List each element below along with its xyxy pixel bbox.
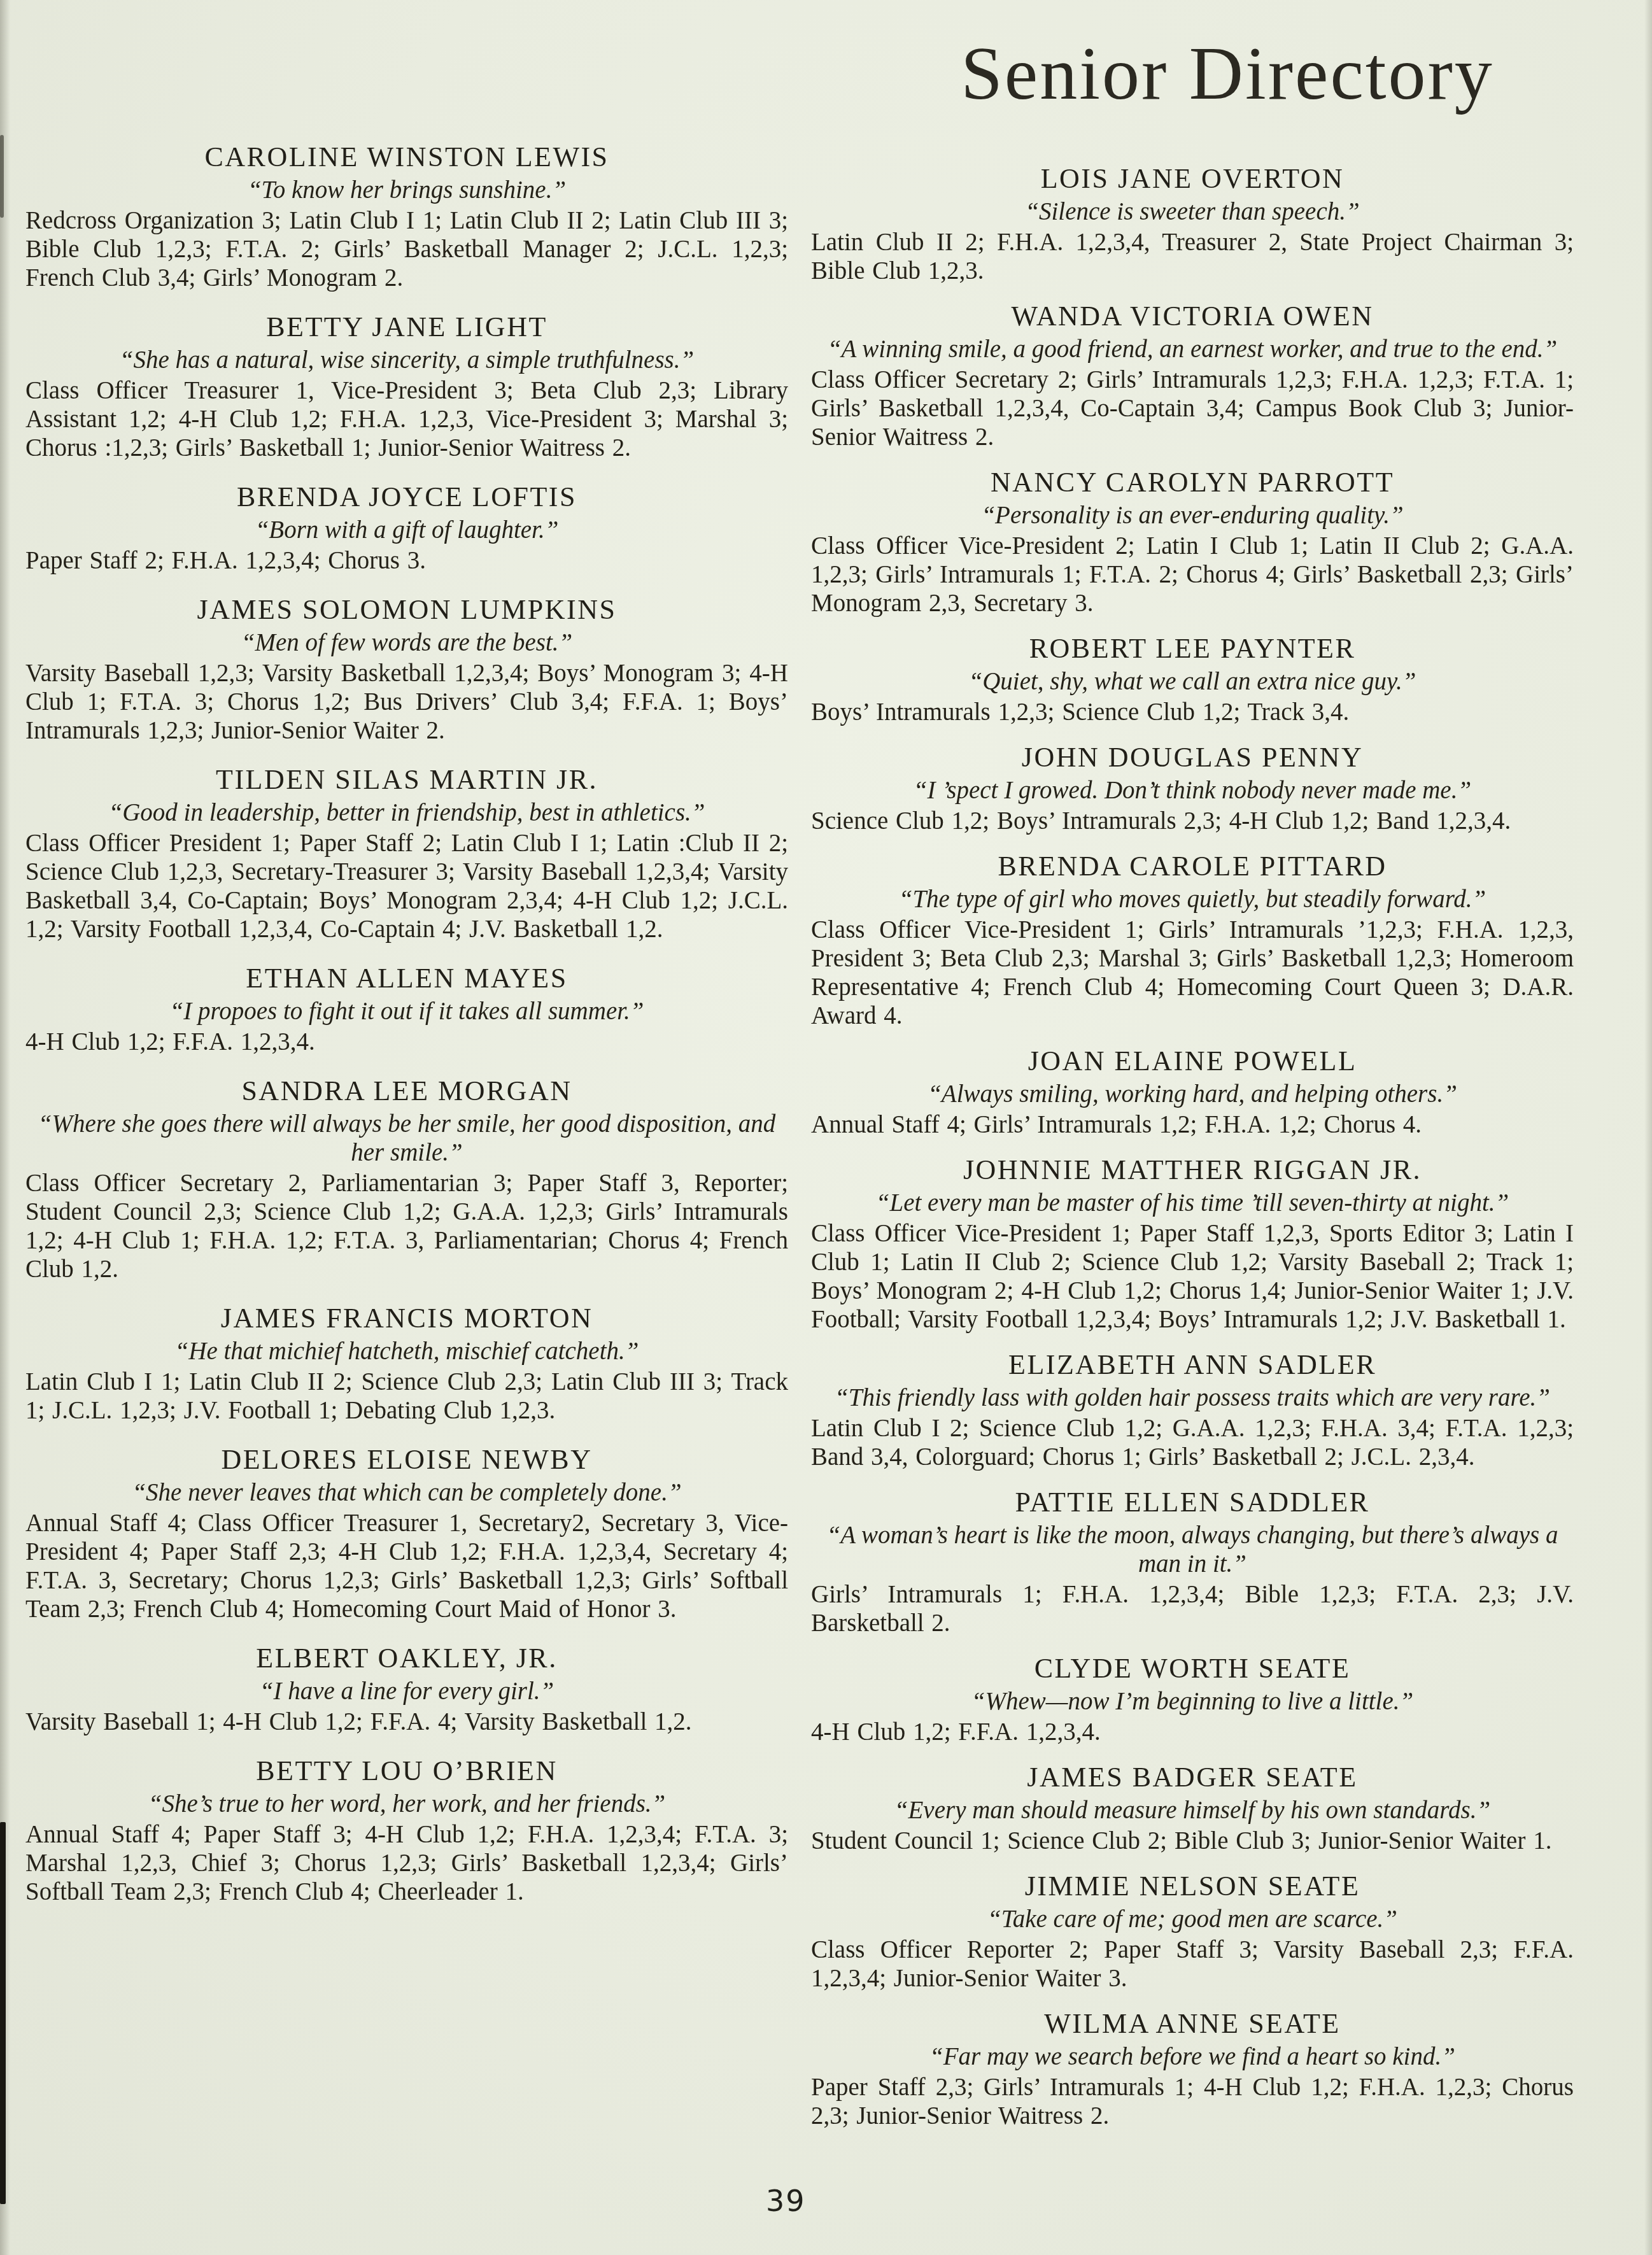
student-name: SANDRA LEE MORGAN — [25, 1075, 788, 1107]
directory-entry: JAMES BADGER SEATE “Every man should mea… — [811, 1762, 1574, 1855]
student-name: JIMMIE NELSON SEATE — [811, 1870, 1574, 1902]
student-quote: “She has a natural, wise sincerity, a si… — [25, 346, 788, 374]
directory-entry: JOHN DOUGLAS PENNY “I ’spect I growed. D… — [811, 742, 1574, 835]
directory-entry: PATTIE ELLEN SADDLER “A woman’s heart is… — [811, 1487, 1574, 1637]
student-activities: Annual Staff 4; Paper Staff 3; 4-H Club … — [25, 1820, 788, 1906]
student-activities: Student Council 1; Science Club 2; Bible… — [811, 1827, 1574, 1855]
student-name: JAMES BADGER SEATE — [811, 1762, 1574, 1793]
student-quote: “Men of few words are the best.” — [25, 628, 788, 657]
student-name: WANDA VICTORIA OWEN — [811, 300, 1574, 332]
student-name: CAROLINE WINSTON LEWIS — [25, 141, 788, 173]
student-quote: “Where she goes there will always be her… — [25, 1110, 788, 1167]
student-quote: “Far may we search before we find a hear… — [811, 2042, 1574, 2071]
directory-entry: CAROLINE WINSTON LEWIS “To know her brin… — [25, 141, 788, 292]
student-quote: “Born with a gift of laughter.” — [25, 516, 788, 544]
student-quote: “A woman’s heart is like the moon, alway… — [811, 1521, 1574, 1578]
student-name: NANCY CAROLYN PARROTT — [811, 467, 1574, 498]
directory-entry: DELORES ELOISE NEWBY “She never leaves t… — [25, 1444, 788, 1623]
student-activities: Class Officer Vice-President 1; Paper St… — [811, 1219, 1574, 1334]
directory-entry: NANCY CAROLYN PARROTT “Personality is an… — [811, 467, 1574, 618]
student-quote: “To know her brings sunshine.” — [25, 176, 788, 204]
directory-entry: JIMMIE NELSON SEATE “Take care of me; go… — [811, 1870, 1574, 1993]
student-name: PATTIE ELLEN SADDLER — [811, 1487, 1574, 1518]
student-activities: 4-H Club 1,2; F.F.A. 1,2,3,4. — [25, 1028, 788, 1056]
student-name: JAMES FRANCIS MORTON — [25, 1303, 788, 1334]
student-quote: “Always smiling, working hard, and helpi… — [811, 1080, 1574, 1108]
student-quote: “Personality is an ever-enduring quality… — [811, 501, 1574, 530]
student-activities: Class Officer Secretary 2, Parliamentari… — [25, 1169, 788, 1283]
student-activities: 4-H Club 1,2; F.F.A. 1,2,3,4. — [811, 1718, 1574, 1746]
student-activities: Class Officer President 1; Paper Staff 2… — [25, 829, 788, 944]
student-name: TILDEN SILAS MARTIN JR. — [25, 764, 788, 796]
directory-entry: ROBERT LEE PAYNTER “Quiet, shy, what we … — [811, 633, 1574, 726]
student-name: ELIZABETH ANN SADLER — [811, 1349, 1574, 1381]
student-activities: Class Officer Secretary 2; Girls’ Intram… — [811, 365, 1574, 451]
student-quote: “A winning smile, a good friend, an earn… — [811, 335, 1574, 364]
student-quote: “Quiet, shy, what we call an extra nice … — [811, 667, 1574, 696]
student-quote: “This friendly lass with golden hair pos… — [811, 1383, 1574, 1412]
student-name: JOAN ELAINE POWELL — [811, 1045, 1574, 1077]
directory-entry: BRENDA JOYCE LOFTIS “Born with a gift of… — [25, 481, 788, 575]
directory-entry: ETHAN ALLEN MAYES “I propoes to fight it… — [25, 963, 788, 1056]
yearbook-page: CAROLINE WINSTON LEWIS “To know her brin… — [0, 0, 1652, 2255]
student-name: ROBERT LEE PAYNTER — [811, 633, 1574, 665]
directory-entry: LOIS JANE OVERTON “Silence is sweeter th… — [811, 163, 1574, 285]
student-name: JOHNNIE MATTHER RIGGAN JR. — [811, 1154, 1574, 1186]
student-quote: “Whew—now I’m beginning to live a little… — [811, 1687, 1574, 1716]
student-quote: “Every man should measure himself by his… — [811, 1796, 1574, 1825]
directory-entry: TILDEN SILAS MARTIN JR. “Good in leaders… — [25, 764, 788, 944]
student-name: BETTY JANE LIGHT — [25, 311, 788, 343]
left-column: CAROLINE WINSTON LEWIS “To know her brin… — [25, 0, 788, 2145]
directory-entry: BETTY JANE LIGHT “She has a natural, wis… — [25, 311, 788, 462]
directory-entry: JOAN ELAINE POWELL “Always smiling, work… — [811, 1045, 1574, 1139]
student-quote: “Good in leadership, better in friendshi… — [25, 798, 788, 827]
directory-entry: CLYDE WORTH SEATE “Whew—now I’m beginnin… — [811, 1653, 1574, 1746]
directory-entry: BRENDA CAROLE PITTARD “The type of girl … — [811, 851, 1574, 1030]
student-quote: “She never leaves that which can be comp… — [25, 1478, 788, 1507]
student-name: WILMA ANNE SEATE — [811, 2008, 1574, 2040]
directory-entry: JAMES SOLOMON LUMPKINS “Men of few words… — [25, 594, 788, 745]
student-name: BETTY LOU O’BRIEN — [25, 1755, 788, 1787]
directory-entry: ELIZABETH ANN SADLER “This friendly lass… — [811, 1349, 1574, 1471]
student-activities: Class Officer Vice-President 2; Latin I … — [811, 532, 1574, 618]
directory-entry: WILMA ANNE SEATE “Far may we search befo… — [811, 2008, 1574, 2130]
student-activities: Annual Staff 4; Class Officer Treasurer … — [25, 1509, 788, 1623]
student-activities: Boys’ Intramurals 1,2,3; Science Club 1,… — [811, 698, 1574, 726]
student-activities: Paper Staff 2,3; Girls’ Intramurals 1; 4… — [811, 2073, 1574, 2130]
right-column: Senior Directory LOIS JANE OVERTON “Sile… — [811, 0, 1574, 2145]
page-edge-shadow-right — [1644, 0, 1652, 2255]
student-activities: Latin Club II 2; F.H.A. 1,2,3,4, Treasur… — [811, 228, 1574, 285]
student-name: LOIS JANE OVERTON — [811, 163, 1574, 195]
student-activities: Annual Staff 4; Girls’ Intramurals 1,2; … — [811, 1110, 1574, 1139]
student-quote: “Let every man be master of his time ’ti… — [811, 1189, 1574, 1217]
student-activities: Redcross Organization 3; Latin Club I 1;… — [25, 206, 788, 292]
student-activities: Class Officer Treasurer 1, Vice-Presiden… — [25, 376, 788, 462]
student-activities: Latin Club I 2; Science Club 1,2; G.A.A.… — [811, 1414, 1574, 1471]
student-name: JOHN DOUGLAS PENNY — [811, 742, 1574, 774]
directory-entry: SANDRA LEE MORGAN “Where she goes there … — [25, 1075, 788, 1283]
student-activities: Class Officer Vice-President 1; Girls’ I… — [811, 915, 1574, 1030]
student-activities: Class Officer Reporter 2; Paper Staff 3;… — [811, 1935, 1574, 1993]
directory-entry: JOHNNIE MATTHER RIGGAN JR. “Let every ma… — [811, 1154, 1574, 1334]
student-quote: “He that michief hatcheth, mischief catc… — [25, 1337, 788, 1366]
directory-entry: WANDA VICTORIA OWEN “A winning smile, a … — [811, 300, 1574, 451]
student-quote: “Take care of me; good men are scarce.” — [811, 1905, 1574, 1933]
student-activities: Varsity Baseball 1; 4-H Club 1,2; F.F.A.… — [25, 1707, 788, 1736]
student-activities: Varsity Baseball 1,2,3; Varsity Basketba… — [25, 659, 788, 745]
student-activities: Latin Club I 1; Latin Club II 2; Science… — [25, 1368, 788, 1425]
directory-columns: CAROLINE WINSTON LEWIS “To know her brin… — [25, 0, 1574, 2145]
student-quote: “I ’spect I growed. Don’t think nobody n… — [811, 776, 1574, 805]
directory-entry: ELBERT OAKLEY, JR. “I have a line for ev… — [25, 1643, 788, 1736]
student-name: ELBERT OAKLEY, JR. — [25, 1643, 788, 1674]
page-number: 39 — [766, 2184, 806, 2218]
student-name: CLYDE WORTH SEATE — [811, 1653, 1574, 1685]
student-activities: Science Club 1,2; Boys’ Intramurals 2,3;… — [811, 807, 1574, 835]
student-name: BRENDA JOYCE LOFTIS — [25, 481, 788, 513]
student-quote: “I propoes to fight it out if it takes a… — [25, 997, 788, 1026]
student-name: DELORES ELOISE NEWBY — [25, 1444, 788, 1476]
student-activities: Girls’ Intramurals 1; F.H.A. 1,2,3,4; Bi… — [811, 1580, 1574, 1637]
student-quote: “Silence is sweeter than speech.” — [811, 197, 1574, 226]
binding-mark-top — [0, 135, 4, 218]
student-name: BRENDA CAROLE PITTARD — [811, 851, 1574, 882]
student-name: ETHAN ALLEN MAYES — [25, 963, 788, 994]
binding-mark-bottom — [0, 1822, 6, 2204]
student-name: JAMES SOLOMON LUMPKINS — [25, 594, 788, 626]
student-quote: “I have a line for every girl.” — [25, 1677, 788, 1706]
student-quote: “The type of girl who moves quietly, but… — [811, 885, 1574, 914]
directory-entry: JAMES FRANCIS MORTON “He that michief ha… — [25, 1303, 788, 1425]
student-activities: Paper Staff 2; F.H.A. 1,2,3,4; Chorus 3. — [25, 546, 788, 575]
directory-entry: BETTY LOU O’BRIEN “She’s true to her wor… — [25, 1755, 788, 1906]
student-quote: “She’s true to her word, her work, and h… — [25, 1790, 788, 1818]
page-title: Senior Directory — [811, 32, 1574, 116]
